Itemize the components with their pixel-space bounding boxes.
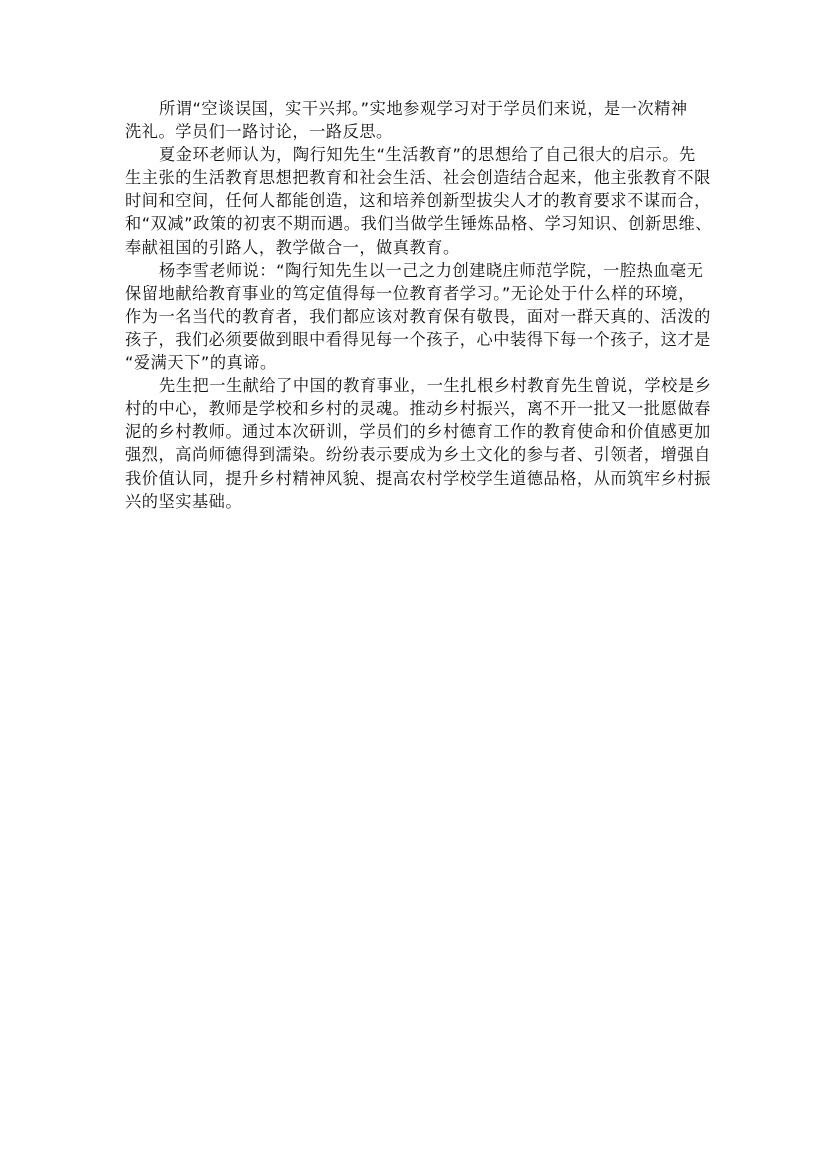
text-line: 先生把一生献给了中国的教育事业，一生扎根乡村教育先生曾说，学校是乡 [125, 374, 715, 397]
text-line: 泥的乡村教师。通过本次研训，学员们的乡村德育工作的教育使命和价值感更加 [125, 420, 715, 443]
text-line: 杨李雪老师说：“陶行知先生以一己之力创建晓庄师范学院，一腔热血毫无 [125, 259, 715, 282]
text-line: 夏金环老师认为，陶行知先生“生活教育”的思想给了自己很大的启示。先 [125, 143, 715, 166]
text-line: 村的中心，教师是学校和乡村的灵魂。推动乡村振兴，离不开一批又一批愿做春 [125, 397, 715, 420]
paragraph-field-trip: 所谓“空谈误国，实干兴邦。”实地参观学习对于学员们来说，是一次精神 洗礼。学员们… [125, 97, 715, 143]
text-line: 时间和空间，任何人都能创造，这和培养创新型拔尖人才的教育要求不谋而合， [125, 189, 715, 212]
paragraph-xia-jinhuan: 夏金环老师认为，陶行知先生“生活教育”的思想给了自己很大的启示。先 生主张的生活… [125, 143, 715, 258]
text-line: 生主张的生活教育思想把教育和社会生活、社会创造结合起来，他主张教育不限 [125, 166, 715, 189]
text-line: 作为一名当代的教育者，我们都应该对教育保有敬畏，面对一群天真的、活泼的 [125, 305, 715, 328]
text-line: 洗礼。学员们一路讨论，一路反思。 [125, 120, 715, 143]
text-line: 兴的坚实基础。 [125, 490, 715, 513]
document-page: 所谓“空谈误国，实干兴邦。”实地参观学习对于学员们来说，是一次精神 洗礼。学员们… [0, 0, 827, 1170]
text-line: 和“双减”政策的初衷不期而遇。我们当做学生锤炼品格、学习知识、创新思维、 [125, 212, 715, 235]
paragraph-yang-lixue: 杨李雪老师说：“陶行知先生以一己之力创建晓庄师范学院，一腔热血毫无 保留地献给教… [125, 259, 715, 374]
text-line: 我价值认同，提升乡村精神风貌、提高农村学校学生道德品格，从而筑牢乡村振 [125, 467, 715, 490]
paragraph-rural-education: 先生把一生献给了中国的教育事业，一生扎根乡村教育先生曾说，学校是乡 村的中心，教… [125, 374, 715, 513]
document-body: 所谓“空谈误国，实干兴邦。”实地参观学习对于学员们来说，是一次精神 洗礼。学员们… [125, 97, 715, 513]
text-line: 所谓“空谈误国，实干兴邦。”实地参观学习对于学员们来说，是一次精神 [125, 97, 715, 120]
text-line: 保留地献给教育事业的笃定值得每一位教育者学习。”无论处于什么样的环境， [125, 282, 715, 305]
text-line: “爱满天下”的真谛。 [125, 351, 715, 374]
text-line: 奉献祖国的引路人，教学做合一，做真教育。 [125, 236, 715, 259]
text-line: 强烈，高尚师德得到濡染。纷纷表示要成为乡土文化的参与者、引领者，增强自 [125, 443, 715, 466]
text-line: 孩子，我们必须要做到眼中看得见每一个孩子，心中装得下每一个孩子，这才是 [125, 328, 715, 351]
